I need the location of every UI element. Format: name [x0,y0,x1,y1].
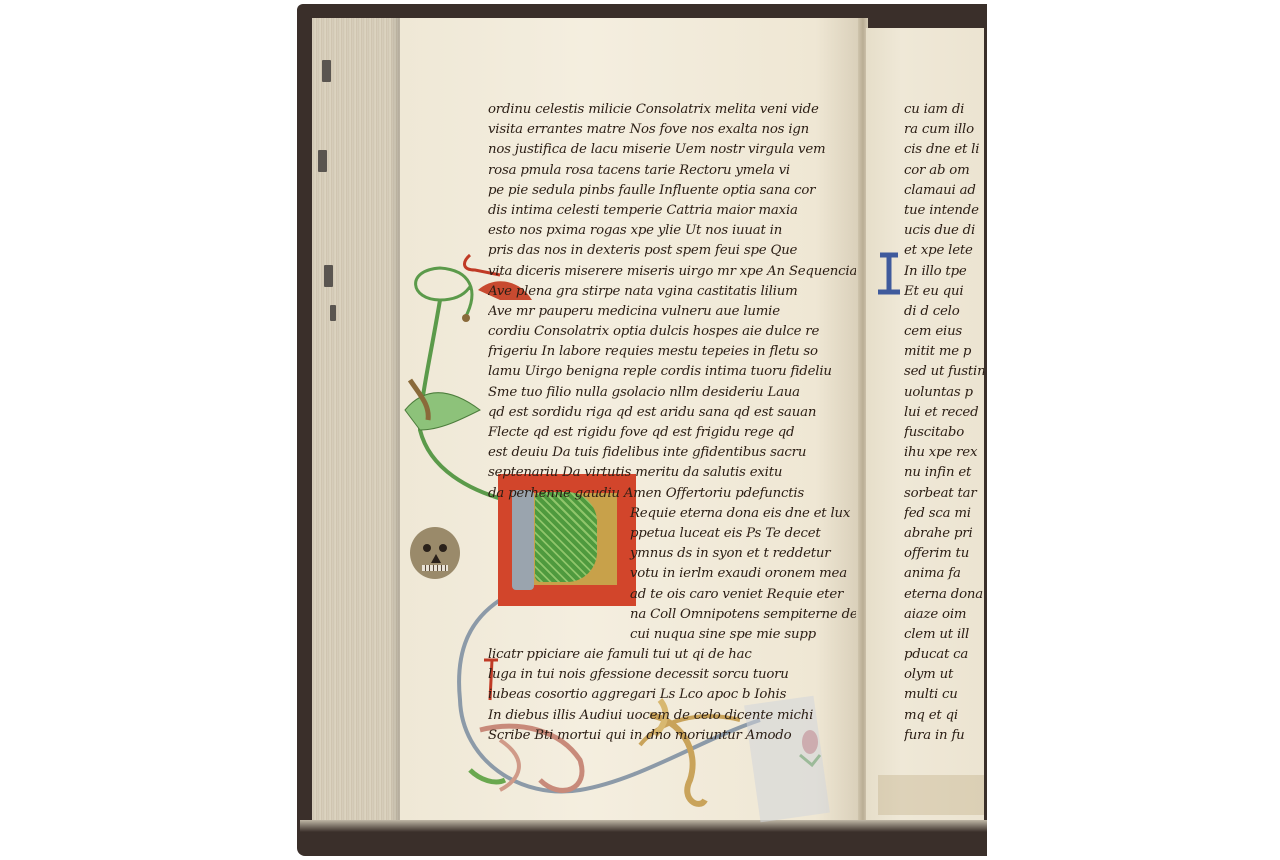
text-line: ad te ois caro veniet Requie eter [488,585,856,605]
text-line: votu in ierlm exaudi oronem mea [488,564,856,584]
text-line: septenariu Da virtutis meritu da salutis… [488,463,856,483]
text-line: fura in fu [904,726,984,746]
text-line: frigeriu In labore requies mestu tepeies… [488,342,856,362]
text-line: cordiu Consolatrix optia dulcis hospes a… [488,322,856,342]
text-line: ihu xpe rex [904,443,984,463]
text-line: di d celo [904,302,984,322]
skull-eye [439,544,447,552]
text-line: ppetua luceat eis Ps Te decet [488,524,856,544]
text-line: et xpe lete [904,241,984,261]
text-line: olym ut [904,665,984,685]
text-line: ra cum illo [904,120,984,140]
text-line: uoluntas p [904,383,984,403]
text-line: cem eius [904,322,984,342]
text-line: luga in tui nois gfessione decessit sorc… [488,665,856,685]
text-line: lamu Uirgo benigna reple cordis intima t… [488,362,856,382]
text-line: abrahe pri [904,524,984,544]
text-line: fed sca mi [904,504,984,524]
text-line: iubeas cosortio aggregari Ls Lco apoc b … [488,685,856,705]
text-line: Sme tuo filio nulla gsolacio nllm deside… [488,383,856,403]
text-line: fuscitabo [904,423,984,443]
text-line: clem ut ill [904,625,984,645]
text-line: Flecte qd est rigidu fove qd est frigidu… [488,423,856,443]
left-page-text: ordinu celestis milicie Consolatrix meli… [488,100,856,746]
right-page-text: cu iam di ra cum illo cis dne et li cor … [904,100,984,746]
text-line: Ave mr pauperu medicina vulneru aue lumi… [488,302,856,322]
text-line: Scribe Bti mortui qui in dno moriuntur A… [488,726,856,746]
text-line: pe pie sedula pinbs faulle Influente opt… [488,181,856,201]
text-line: clamaui ad [904,181,984,201]
text-line: esto nos pxima rogas xpe ylie Ut nos iuu… [488,221,856,241]
text-line: qd est sordidu riga qd est aridu sana qd… [488,403,856,423]
text-line: cis dne et li [904,140,984,160]
text-line: Ave plena gra stirpe nata vgina castitat… [488,282,856,302]
text-line: ucis due di [904,221,984,241]
text-line: Et eu qui [904,282,984,302]
text-line: ymnus ds in syon et t reddetur [488,544,856,564]
text-line: cor ab om [904,161,984,181]
text-line: est deuiu Da tuis fidelibus inte gfident… [488,443,856,463]
text-line: In diebus illis Audiui uocem de celo dic… [488,706,856,726]
text-line: nu infin et [904,463,984,483]
skull-teeth [422,565,448,571]
text-line: mq et qi [904,706,984,726]
text-line: pris das nos in dexteris post spem feui … [488,241,856,261]
text-line: offerim tu [904,544,984,564]
skull-nose [431,554,441,563]
text-line: eterna dona [904,585,984,605]
text-line: cui nuqua sine spe mie supp [488,625,856,645]
text-line: rosa pmula rosa tacens tarie Rectoru yme… [488,161,856,181]
text-line: pducat ca [904,645,984,665]
text-line: mitit me p [904,342,984,362]
text-line: Requie eterna dona eis dne et lux [488,504,856,524]
text-line: nos justifica de lacu miserie Uem nostr … [488,140,856,160]
text-line: In illo tpe [904,262,984,282]
text-line: licatr ppiciare aie famuli tui ut qi de … [488,645,856,665]
text-line: sorbeat tar [904,484,984,504]
skull-drawing-icon [410,527,460,579]
text-line: visita errantes matre Nos fove nos exalt… [488,120,856,140]
text-line: anima fa [904,564,984,584]
text-line: ordinu celestis milicie Consolatrix meli… [488,100,856,120]
text-line: aiaze oim [904,605,984,625]
skull-eye [423,544,431,552]
text-line: tue intende [904,201,984,221]
text-line: cu iam di [904,100,984,120]
text-line: sed ut fustin [904,362,984,382]
text-line: lui et reced [904,403,984,423]
text-line: na Coll Omnipotens sempiterne deus [488,605,856,625]
text-line: multi cu [904,685,984,705]
text-line: da perhenne gaudiu Amen Offertoriu pdefu… [488,484,856,504]
text-line: dis intima celesti temperie Cattria maio… [488,201,856,221]
text-line: vita diceris miserere miseris uirgo mr x… [488,262,856,282]
